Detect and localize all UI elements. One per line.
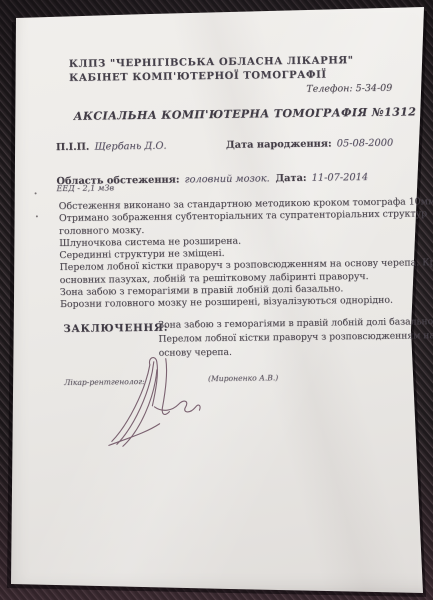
- birth-date-label: Дата народження:: [226, 138, 332, 150]
- findings-paragraph: Обстеження виконано за стандартною метод…: [59, 196, 433, 312]
- doctor-signature: [99, 352, 210, 448]
- exam-area-value: головний мозок.: [185, 173, 270, 185]
- exam-date-label: Дата:: [275, 173, 306, 184]
- patient-name-value: Щербань Д.О.: [94, 141, 166, 153]
- department-name: КАБІНЕТ КОМП'ЮТЕРНОЇ ТОМОГРАФІЇ: [69, 70, 327, 84]
- radiation-dose: ЕЕД - 2,1 мЗв: [56, 183, 114, 193]
- document-title: АКСІАЛЬНА КОМП'ЮТЕРНА ТОМОГРАФІЯ №1312: [73, 106, 385, 123]
- doctor-name: (Мироненко А.В.): [208, 373, 278, 383]
- photographed-document: КЛПЗ "ЧЕРНІГІВСЬКА ОБЛАСНА ЛІКАРНЯ" КАБІ…: [0, 0, 433, 600]
- phone-number: Телефон: 5-34-09: [297, 83, 392, 95]
- conclusion-label: ЗАКЛЮЧЕННЯ:: [63, 322, 168, 335]
- birth-date-row: Дата народження: 05-08-2000: [226, 131, 393, 152]
- birth-date-value: 05-08-2000: [337, 138, 394, 150]
- patient-name-row: П.І.П. Щербань Д.О.: [56, 134, 167, 154]
- paper-speck: [35, 192, 37, 194]
- paper-speck: [36, 215, 38, 217]
- patient-name-label: П.І.П.: [56, 142, 89, 153]
- exam-date-row: Дата: 11-07-2014: [275, 165, 368, 185]
- exam-date-value: 11-07-2014: [312, 172, 369, 184]
- report-content: КЛПЗ "ЧЕРНІГІВСЬКА ОБЛАСНА ЛІКАРНЯ" КАБІ…: [0, 0, 433, 600]
- hospital-name: КЛПЗ "ЧЕРНІГІВСЬКА ОБЛАСНА ЛІКАРНЯ": [69, 55, 354, 70]
